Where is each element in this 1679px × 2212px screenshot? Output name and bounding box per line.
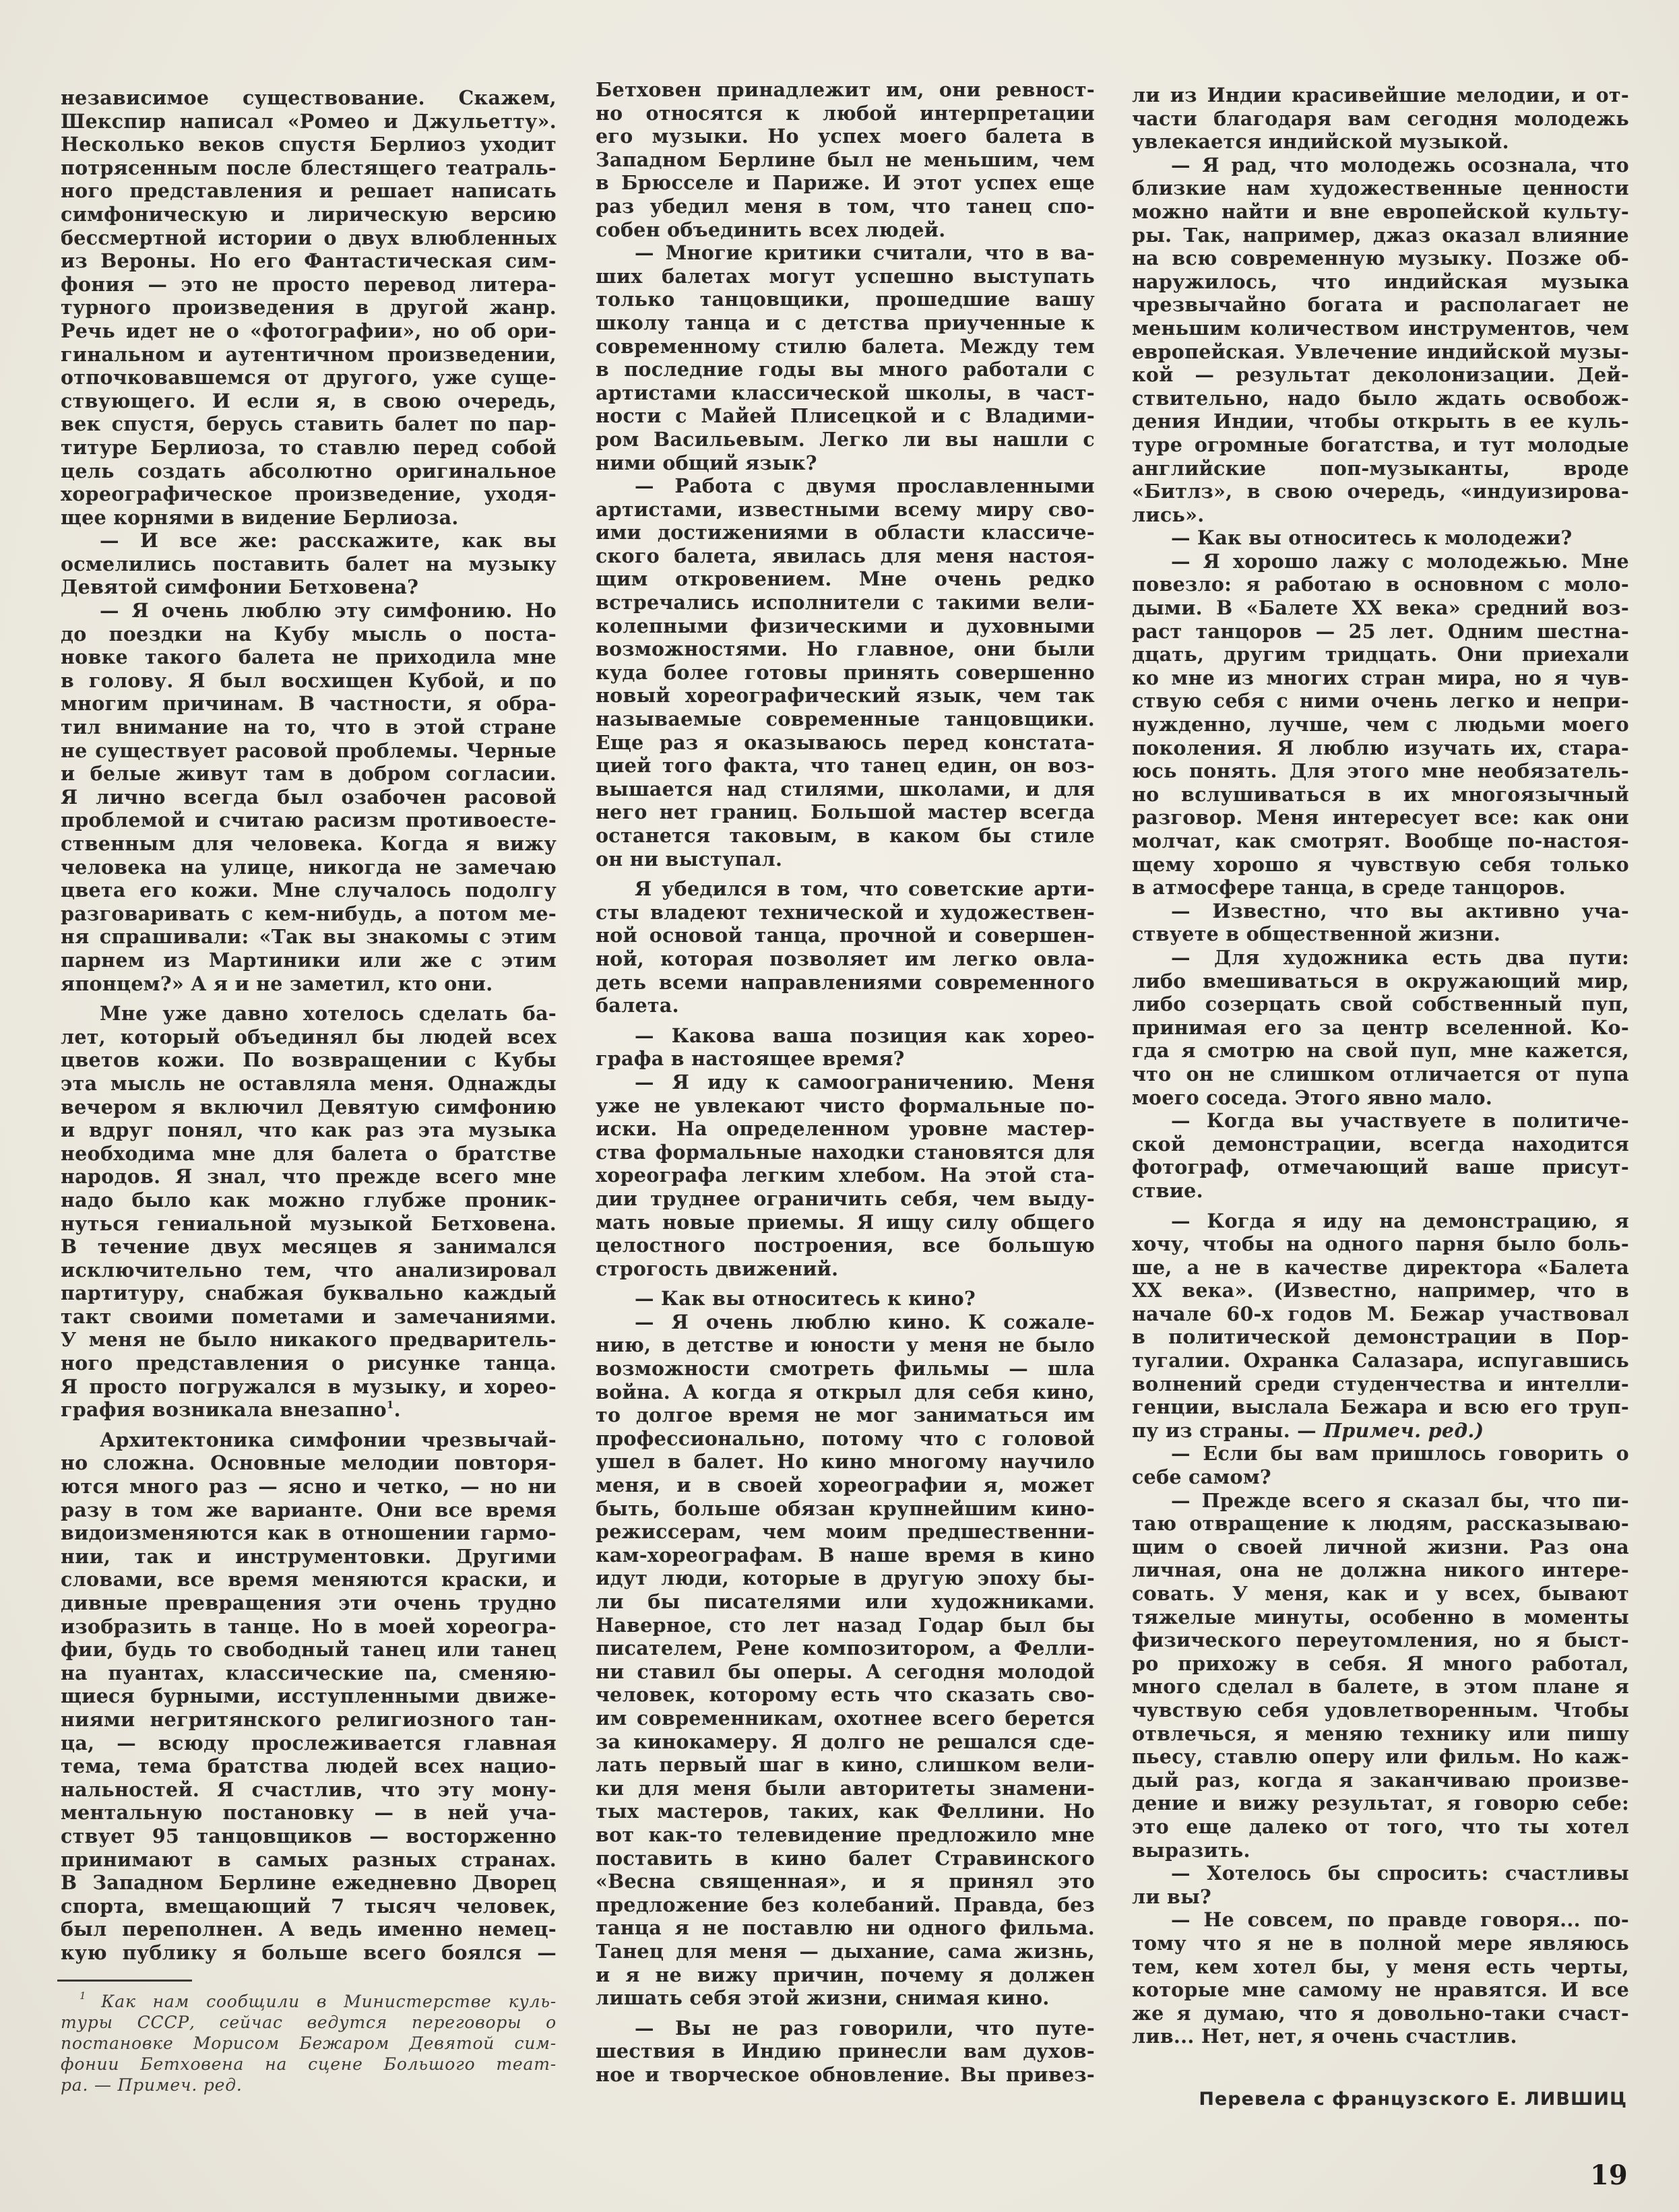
text-line-content: Несколько веков спустя Берлиоз уходит bbox=[61, 133, 557, 156]
text-line: «Битлз», в свою очередь, «индуизирова- bbox=[1132, 480, 1629, 503]
text-line: щему хорошо я чувствую себя только bbox=[1132, 853, 1629, 877]
text-line-content: ними общий язык? bbox=[596, 451, 817, 474]
text-line: изобразить в танце. Но в моей хореогра- bbox=[61, 1615, 557, 1639]
text-line-content: колепными физическими и духовными bbox=[596, 614, 1095, 637]
text-line: — Я очень люблю кино. К сожале- bbox=[596, 1310, 1095, 1334]
text-line: не существует расовой проблемы. Черные bbox=[61, 739, 557, 763]
text-line-content: поколения. Я люблю изучать их, стара- bbox=[1132, 736, 1629, 759]
text-line-content: народов. Я знал, что прежде всего мне bbox=[61, 1165, 557, 1188]
text-line-content: много сделал в балете, в этом плане я bbox=[1132, 1675, 1629, 1698]
text-line-content: эта мысль не оставляла меня. Однажды bbox=[61, 1072, 557, 1095]
text-line-content: собен объединить всех людей. bbox=[596, 218, 945, 241]
text-line: — Хотелось бы спросить: счастливы bbox=[1132, 1862, 1629, 1885]
text-line: ли вы? bbox=[1132, 1885, 1629, 1909]
text-line: чувствую себя удовлетворенным. Чтобы bbox=[1132, 1699, 1629, 1722]
text-line-content: себе самом? bbox=[1132, 1465, 1271, 1488]
text-line-content: ного представления и решает написать bbox=[61, 179, 557, 202]
text-line: это еще далеко от того, что ты хотел bbox=[1132, 1815, 1629, 1839]
text-line: танца я не поставлю ни одного фильма. bbox=[596, 1916, 1095, 1940]
text-line-content: не существует расовой проблемы. Черные bbox=[61, 739, 557, 762]
text-line: щим о своей личной жизни. Раз она bbox=[1132, 1536, 1629, 1559]
text-line: цель создать абсолютно оригинальное bbox=[61, 460, 557, 483]
text-line: вышается над стилями, школами, и для bbox=[596, 778, 1095, 801]
text-line: ской демонстрации, всегда находится bbox=[1132, 1133, 1629, 1156]
text-line: У меня не было никакого предваритель- bbox=[61, 1328, 557, 1352]
text-line: идут люди, которые в другую эпоху бы- bbox=[596, 1567, 1095, 1590]
text-line: Шекспир написал «Ромео и Джульетту». bbox=[61, 110, 557, 133]
text-line-content: многим причинам. В частности, я обра- bbox=[61, 692, 557, 715]
text-line: встречались исполнители с такими вели- bbox=[596, 591, 1095, 614]
text-line: которые мне самому не нравятся. И все bbox=[1132, 1978, 1629, 2002]
text-line-content: уже не увлекают чисто формальные по- bbox=[596, 1094, 1095, 1117]
text-line-content: изобразить в танце. Но в моей хореогра- bbox=[61, 1615, 557, 1638]
text-line-content: пу из страны. — bbox=[1132, 1419, 1323, 1442]
text-line: ца, — всюду прослеживается главная bbox=[61, 1732, 557, 1755]
text-line-content: деть всеми направлениями современного bbox=[596, 971, 1095, 994]
text-line: раз убедил меня в том, что танец спо- bbox=[596, 195, 1095, 218]
text-line: новый хореографический язык, чем так bbox=[596, 684, 1095, 707]
footnote-line: туры СССР, сейчас ведутся переговоры о bbox=[61, 2012, 557, 2033]
text-line-content: дыми. В «Балете XX века» средний воз- bbox=[1132, 596, 1629, 619]
text-line-content: щим откровением. Мне очень редко bbox=[596, 567, 1095, 590]
text-line-content: генции, выслала Бежара и всю его труп- bbox=[1132, 1395, 1629, 1418]
text-line: лишать себя этой жизни, снимая кино. bbox=[596, 1986, 1095, 2010]
text-line-content: — Я рад, что молодежь осознала, что bbox=[1171, 154, 1629, 177]
text-line-content: В течение двух месяцев я занимался bbox=[61, 1235, 557, 1258]
text-line-content: на всю современную музыку. Позже об- bbox=[1132, 247, 1629, 270]
text-line: пу из страны. — Примеч. ред.) bbox=[1132, 1419, 1629, 1443]
text-line: ствует 95 танцовщиков — восторженно bbox=[61, 1825, 557, 1848]
text-line-content: — Прежде всего я сказал бы, что пи- bbox=[1171, 1489, 1629, 1512]
text-line-content: пьесу, ставлю оперу или фильм. Но каж- bbox=[1132, 1745, 1629, 1768]
text-line: спорта, вмещающий 7 тысяч человек, bbox=[61, 1895, 557, 1918]
text-line: тому что я не в полной мере являюсь bbox=[1132, 1932, 1629, 1955]
text-line-content: идут люди, которые в другую эпоху бы- bbox=[596, 1567, 1095, 1589]
text-line: гда я смотрю на свой пуп, мне кажется, bbox=[1132, 1039, 1629, 1063]
footnote-line: постановке Морисом Бежаром Девятой сим- bbox=[61, 2033, 557, 2054]
text-line-content: вышается над стилями, школами, и для bbox=[596, 778, 1095, 800]
text-line-content: до поездки на Кубу мысль о поста- bbox=[61, 623, 557, 645]
text-line-content: ствую себя с ними очень легко и непри- bbox=[1132, 689, 1629, 712]
text-line-content: дение и вижу результат, я говорю себе: bbox=[1132, 1792, 1629, 1814]
text-line: дение и вижу результат, я говорю себе: bbox=[1132, 1792, 1629, 1815]
text-line: — И все же: расскажите, как вы bbox=[61, 529, 557, 552]
text-line-content: ской демонстрации, всегда находится bbox=[1132, 1133, 1629, 1156]
text-line-content: тых мастеров, таких, как Феллини. Но bbox=[596, 1800, 1095, 1823]
text-line: целостного построения, все большую bbox=[596, 1234, 1095, 1257]
text-line-content: ца, — всюду прослеживается главная bbox=[61, 1732, 557, 1755]
text-line-content: ского балета, явилась для меня настоя- bbox=[596, 544, 1095, 567]
text-line: дения Индии, чтобы открыть в ее куль- bbox=[1132, 410, 1629, 433]
text-line-content: него нет границ. Большой мастер всегда bbox=[596, 800, 1095, 823]
text-line: ственным для человека. Когда я вижу bbox=[61, 832, 557, 856]
text-line: — Какова ваша позиция как хорео- bbox=[596, 1024, 1095, 1048]
text-line-content: в голову. Я был восхищен Кубой, и по bbox=[61, 669, 557, 692]
text-line: — Я очень люблю эту симфонию. Но bbox=[61, 599, 557, 623]
text-line-content: — Я очень люблю эту симфонию. Но bbox=[100, 599, 557, 622]
text-line: симфоническую и лирическую версию bbox=[61, 203, 557, 226]
text-line-content: чрезвычайно богата и располагает не bbox=[1132, 293, 1629, 316]
text-line: цвета его кожи. Мне случалось подолгу bbox=[61, 879, 557, 902]
text-line-content: ствуете в общественной жизни. bbox=[1132, 922, 1500, 945]
text-line: куда более готовы принять совершенно bbox=[596, 661, 1095, 685]
text-line: В течение двух месяцев я занимался bbox=[61, 1235, 557, 1259]
text-line-content: встречались исполнители с такими вели- bbox=[596, 591, 1095, 614]
text-line: на всю современную музыку. Позже об- bbox=[1132, 247, 1629, 270]
text-line: за кинокамеру. Я долго не решался сде- bbox=[596, 1730, 1095, 1754]
text-line: школу танца и с детства приученные к bbox=[596, 311, 1095, 335]
text-line-content: Западном Берлине был не меньшим, чем bbox=[596, 148, 1095, 171]
text-line: кой — результат деколонизации. Дей- bbox=[1132, 363, 1629, 387]
text-line: в Брюсселе и Париже. И этот успех еще bbox=[596, 171, 1095, 195]
text-line-content: в политической демонстрации в Пор- bbox=[1132, 1325, 1629, 1348]
text-line-content: писателем, Рене композитором, а Фелли- bbox=[596, 1637, 1095, 1660]
text-line-content: ко мне из многих стран мира, но я чув- bbox=[1132, 666, 1629, 689]
text-line: надо было как можно глубже проник- bbox=[61, 1189, 557, 1212]
text-line-content: исключительно тем, что анализировал bbox=[61, 1259, 557, 1282]
footnote-line: 1 Как нам сообщили в Министерстве куль- bbox=[61, 1991, 557, 2012]
text-line: генции, выслала Бежара и всю его труп- bbox=[1132, 1395, 1629, 1419]
text-line: — Известно, что вы активно уча- bbox=[1132, 899, 1629, 923]
text-line: профессионально, потому что с головой bbox=[596, 1427, 1095, 1451]
text-line: колепными физическими и духовными bbox=[596, 614, 1095, 638]
text-line-content: и я не вижу причин, почему я должен bbox=[596, 1963, 1095, 1986]
text-line-content: ли из Индии красивейшие мелодии, и от- bbox=[1132, 84, 1629, 106]
text-line: поставить в кино балет Стравинского bbox=[596, 1847, 1095, 1870]
text-line-content: Танец для меня — дыхание, сама жизнь, bbox=[596, 1940, 1095, 1963]
text-line: можно найти и вне европейской культу- bbox=[1132, 200, 1629, 224]
text-line-content: школу танца и с детства приученные к bbox=[596, 311, 1095, 334]
text-line: Я убедился в том, что советские арти- bbox=[596, 877, 1095, 901]
text-line: ства формальные находки становятся для bbox=[596, 1141, 1095, 1164]
text-line: но сложна. Основные мелодии повторя- bbox=[61, 1451, 557, 1475]
text-line: исключительно тем, что анализировал bbox=[61, 1259, 557, 1282]
text-column-3: ли из Индии красивейшие мелодии, и от-ча… bbox=[1132, 84, 1629, 2048]
text-line-content: нию, в детстве и юности у меня не было bbox=[596, 1333, 1095, 1356]
text-line-content: поставить в кино балет Стравинского bbox=[596, 1847, 1095, 1870]
text-line-content: — Известно, что вы активно уча- bbox=[1171, 899, 1629, 922]
text-line: останется таковым, в каком бы стиле bbox=[596, 824, 1095, 848]
text-line-content: меня, и в своей хореографии я, может bbox=[596, 1474, 1095, 1496]
text-line-content: волнений среди студенчества и интелли- bbox=[1132, 1372, 1629, 1395]
text-line-content: ром Васильевым. Легко ли вы нашли с bbox=[596, 428, 1095, 451]
text-line-content: вечером я включил Девятую симфонию bbox=[61, 1096, 557, 1118]
text-line-content: ушел в балет. Но кино многому научило bbox=[596, 1450, 1095, 1473]
text-line-content: артистами, известными всему миру сво- bbox=[596, 498, 1095, 521]
text-line: молчат, как смотрят. Вообще по-настоя- bbox=[1132, 829, 1629, 853]
text-line-content: Архитектоника симфонии чрезвычай- bbox=[100, 1428, 557, 1451]
text-line: нужденно, лучше, чем с людьми моего bbox=[1132, 713, 1629, 736]
text-line-content: — Вы не раз говорили, что путе- bbox=[635, 2017, 1095, 2040]
text-line-content: совать. У меня, как и у всех, бывают bbox=[1132, 1582, 1629, 1605]
text-line-content: партитуру, снабжая буквально каждый bbox=[61, 1282, 557, 1304]
text-line-content: хочу, чтобы на одного парня было боль- bbox=[1132, 1232, 1629, 1255]
text-line-content: вот как-то телевидение предложило мне bbox=[596, 1823, 1095, 1846]
text-line: многим причинам. В частности, я обра- bbox=[61, 692, 557, 716]
footnote-line: ра. — Примеч. ред. bbox=[61, 2075, 557, 2095]
text-line: ими достижениями в области классиче- bbox=[596, 521, 1095, 544]
text-line-content: тяжелые минуты, особенно в моменты bbox=[1132, 1606, 1629, 1629]
text-line-content: разговаривать с кем-нибудь, а потом ме- bbox=[61, 902, 557, 925]
text-line: сты владеют технической и художествен- bbox=[596, 901, 1095, 924]
text-line: предложение без колебаний. Правда, без bbox=[596, 1893, 1095, 1917]
text-line: иски. На определенном уровне мастер- bbox=[596, 1117, 1095, 1141]
text-line-content: век спустя, берусь ставить балет по пар- bbox=[61, 412, 557, 435]
text-line-content: Речь идет не о «фотографии», но об ори- bbox=[61, 319, 557, 342]
text-line: фии, будь то свободный танец или танец bbox=[61, 1638, 557, 1662]
text-line-content: В Западном Берлине ежедневно Дворец bbox=[61, 1871, 557, 1894]
text-line: называемые современные танцовщики. bbox=[596, 707, 1095, 731]
footnote-text: Как нам сообщили в Министерстве куль- bbox=[101, 1992, 557, 2011]
text-line-content: тому что я не в полной мере являюсь bbox=[1132, 1932, 1629, 1955]
text-line: война. А когда я открыл для себя кино, bbox=[596, 1381, 1095, 1404]
text-line-content: ствует 95 танцовщиков — восторженно bbox=[61, 1825, 557, 1847]
text-line: ки для меня были авторитеты знамени- bbox=[596, 1777, 1095, 1800]
text-line-content: человека на улице, никогда не замечаю bbox=[61, 856, 557, 879]
text-line-content: ментальную постановку — в ней уча- bbox=[61, 1801, 557, 1824]
text-line-content: лет, который объединял бы людей всех bbox=[61, 1025, 557, 1048]
text-line: наружилось, что индийская музыка bbox=[1132, 270, 1629, 294]
footnote-text: туры СССР, сейчас ведутся переговоры о bbox=[61, 2013, 557, 2032]
text-line: но относятся к любой интерпретации bbox=[596, 102, 1095, 125]
text-line-content: нальностей. Я счастлив, что эту мону- bbox=[61, 1778, 557, 1801]
text-line: тил внимание на то, что в этой стране bbox=[61, 716, 557, 739]
text-line-content: хореографическое произведение, уходя- bbox=[61, 482, 557, 505]
text-line: — Работа с двумя прославленными bbox=[596, 474, 1095, 498]
text-line-content: туре огромные богатства, и тут молодые bbox=[1132, 433, 1629, 456]
text-line: тема, тема братства людей всех нацио- bbox=[61, 1755, 557, 1778]
text-line-content: — Я хорошо лажу с молодежью. Мне bbox=[1171, 550, 1629, 573]
text-line-content: тема, тема братства людей всех нацио- bbox=[61, 1755, 557, 1777]
text-line-content: сты владеют технической и художествен- bbox=[596, 901, 1095, 924]
text-line-content: разговор. Меня интересует все: как они bbox=[1132, 806, 1629, 829]
text-line: кам-хореографам. В наше время в кино bbox=[596, 1544, 1095, 1567]
magazine-page: независимое существование. Скажем,Шекспи… bbox=[0, 0, 1679, 2212]
text-line: совать. У меня, как и у всех, бывают bbox=[1132, 1582, 1629, 1606]
text-line-content: ются много раз — ясно и четко, — но ни bbox=[61, 1475, 557, 1498]
text-line-content: раз убедил меня в том, что танец спо- bbox=[596, 195, 1095, 218]
text-line-content: гинальном и аутентичном произведении, bbox=[61, 343, 557, 366]
text-line-content: ими достижениями в области классиче- bbox=[596, 521, 1095, 544]
text-line-content: видоизменяются как в отношении гармо- bbox=[61, 1521, 557, 1544]
text-line-content: нии, так и инструментовки. Другими bbox=[61, 1545, 557, 1568]
text-column-1: независимое существование. Скажем,Шекспи… bbox=[61, 86, 557, 1965]
text-line: В Западном Берлине ежедневно Дворец bbox=[61, 1871, 557, 1895]
text-line: близкие нам художественные ценности bbox=[1132, 177, 1629, 200]
text-line-content: «Битлз», в свою очередь, «индуизирова- bbox=[1132, 480, 1629, 503]
text-line-content: ствительно, надо было ждать освобож- bbox=[1132, 387, 1629, 410]
text-line-content: куда более готовы принять совершенно bbox=[596, 661, 1095, 684]
text-line-content: но вслушиваться в их многоязычный bbox=[1132, 783, 1629, 806]
text-line: фотограф, отмечающий ваше присут- bbox=[1132, 1156, 1629, 1179]
text-line-content: которые мне самому не нравятся. И все bbox=[1132, 1978, 1629, 2001]
text-line-content: артистами классической школы, в част- bbox=[596, 381, 1095, 404]
text-line: — Я иду к самоограничению. Меня bbox=[596, 1071, 1095, 1094]
text-line-content: ро прихожу в себя. Я много работал, bbox=[1132, 1652, 1629, 1675]
text-line-content: потрясенным после блестящего театраль- bbox=[61, 156, 557, 179]
text-line-content: европейская. Увлечение индийской музы- bbox=[1132, 340, 1629, 363]
text-line-content: можно найти и вне европейской культу- bbox=[1132, 200, 1629, 223]
text-line: лет, который объединял бы людей всех bbox=[61, 1025, 557, 1049]
text-line-content: что он не слишком отличается от пупа bbox=[1132, 1063, 1629, 1085]
editor-note: Примеч. ред.) bbox=[1323, 1419, 1484, 1442]
text-line: Девятой симфонии Бетховена? bbox=[61, 575, 557, 599]
text-line: XX века». (Известно, например, что в bbox=[1132, 1279, 1629, 1302]
text-line-content: тугалии. Охранка Салазара, испугавшись bbox=[1132, 1349, 1629, 1372]
text-line: цветов кожи. По возвращении с Кубы bbox=[61, 1048, 557, 1072]
text-line-content: мать новые приемы. Я ищу силу общего bbox=[596, 1211, 1095, 1234]
text-line-content: цией того факта, что танец един, он воз- bbox=[596, 754, 1095, 777]
text-line-content: — Работа с двумя прославленными bbox=[635, 474, 1095, 497]
text-line-content: ства формальные находки становятся для bbox=[596, 1141, 1095, 1164]
text-line-content: У меня не было никакого предваритель- bbox=[61, 1328, 557, 1351]
text-line: строгость движений. bbox=[596, 1257, 1095, 1281]
text-line: ное и творческое обновление. Вы привез- bbox=[596, 2063, 1095, 2087]
text-line: в атмосфере танца, в среде танцоров. bbox=[1132, 876, 1629, 899]
text-line-content: ры. Так, например, джаз оказал влияние bbox=[1132, 224, 1629, 247]
text-line: партитуру, снабжая буквально каждый bbox=[61, 1282, 557, 1305]
text-line: артистами классической школы, в част- bbox=[596, 381, 1095, 405]
text-line: таю отвращение к людям, рассказываю- bbox=[1132, 1512, 1629, 1536]
text-line-content: тил внимание на то, что в этой стране bbox=[61, 716, 557, 738]
text-line-content: — Какова ваша позиция как хорео- bbox=[635, 1024, 1095, 1047]
text-line: — Если бы вам пришлось говорить о bbox=[1132, 1442, 1629, 1465]
text-line: щее корнями в видение Берлиоза. bbox=[61, 506, 557, 530]
text-line: человек, которому есть что сказать сво- bbox=[596, 1683, 1095, 1707]
text-line-content: XX века». (Известно, например, что в bbox=[1132, 1279, 1629, 1302]
text-line: либо вмешиваться в окружающий мир, bbox=[1132, 970, 1629, 993]
text-line: тых мастеров, таких, как Феллини. Но bbox=[596, 1800, 1095, 1823]
text-line: дивные превращения эти очень трудно bbox=[61, 1591, 557, 1615]
text-line: и белые живут там в добром согласии. bbox=[61, 762, 557, 786]
footnote-text: постановке Морисом Бежаром Девятой сим- bbox=[61, 2033, 557, 2053]
text-line: лив... Нет, нет, я очень счастлив. bbox=[1132, 2025, 1629, 2048]
text-line-content: в последние годы вы много работали с bbox=[596, 358, 1095, 381]
text-line-content: иски. На определенном уровне мастер- bbox=[596, 1117, 1095, 1140]
text-line-content: новый хореографический язык, чем так bbox=[596, 684, 1095, 707]
text-line: него нет границ. Большой мастер всегда bbox=[596, 800, 1095, 824]
text-line: дыми. В «Балете XX века» средний воз- bbox=[1132, 596, 1629, 620]
text-line-content: таю отвращение к людям, рассказываю- bbox=[1132, 1512, 1629, 1535]
text-line: ром Васильевым. Легко ли вы нашли с bbox=[596, 428, 1095, 451]
text-line: Я просто погружался в музыку, и хорео- bbox=[61, 1375, 557, 1399]
text-line: ше, а не в качестве директора «Балета bbox=[1132, 1256, 1629, 1279]
text-line-content: ли вы? bbox=[1132, 1885, 1211, 1908]
text-line-content: фии, будь то свободный танец или танец bbox=[61, 1638, 557, 1661]
text-line: только танцовщики, прошедшие вашу bbox=[596, 288, 1095, 311]
text-line: — Вы не раз говорили, что путе- bbox=[596, 2017, 1095, 2040]
text-line: такт своими пометами и замечаниями. bbox=[61, 1305, 557, 1329]
text-line: английские поп-музыканты, вроде bbox=[1132, 457, 1629, 480]
text-line-content: — Когда я иду на демонстрацию, я bbox=[1171, 1209, 1629, 1232]
text-line-content: близкие нам художественные ценности bbox=[1132, 177, 1629, 199]
text-line-content: новке такого балета не приходила мне bbox=[61, 645, 557, 668]
text-line-content: ной, которая позволяет им легко овла- bbox=[596, 947, 1095, 970]
text-line: современному стилю балета. Между тем bbox=[596, 335, 1095, 358]
text-line: щиеся бурными, исступленными движе- bbox=[61, 1684, 557, 1708]
text-line: ли бы писателями или художниками. bbox=[596, 1590, 1095, 1614]
text-line: тем, кем хотел бы, у меня есть черты, bbox=[1132, 1955, 1629, 1979]
text-line-content: — И все же: расскажите, как вы bbox=[100, 529, 557, 552]
text-line: нальностей. Я счастлив, что эту мону- bbox=[61, 1778, 557, 1802]
text-line: необходима мне для балета о братстве bbox=[61, 1142, 557, 1166]
text-line-content: но сложна. Основные мелодии повторя- bbox=[61, 1451, 557, 1474]
text-line-content: такт своими пометами и замечаниями. bbox=[61, 1305, 557, 1328]
text-line-content: современному стилю балета. Между тем bbox=[596, 335, 1095, 358]
text-line-content: ни ставил бы оперы. А сегодня молодой bbox=[596, 1660, 1095, 1683]
text-line-tail: . bbox=[394, 1398, 401, 1421]
text-line-content: профессионально, потому что с головой bbox=[596, 1427, 1095, 1450]
text-line: Западном Берлине был не меньшим, чем bbox=[596, 148, 1095, 172]
text-line: нии, так и инструментовки. Другими bbox=[61, 1545, 557, 1569]
text-line: хореографа легким хлебом. На этой ста- bbox=[596, 1164, 1095, 1187]
text-line-content: кой — результат деколонизации. Дей- bbox=[1132, 363, 1629, 386]
text-line-content: в атмосфере танца, в среде танцоров. bbox=[1132, 876, 1566, 899]
text-line: тугалии. Охранка Салазара, испугавшись bbox=[1132, 1349, 1629, 1372]
text-line: разговаривать с кем-нибудь, а потом ме- bbox=[61, 902, 557, 926]
text-line: меньшим количеством инструментов, чем bbox=[1132, 317, 1629, 340]
text-line-content: был переполнен. А ведь именно немец- bbox=[61, 1918, 557, 1940]
text-line: титуре Берлиоза, то ставлю перед собой bbox=[61, 436, 557, 460]
text-line-content: моего соседа. Этого явно мало. bbox=[1132, 1086, 1492, 1109]
text-line-content: необходима мне для балета о братстве bbox=[61, 1142, 557, 1165]
text-line: ствуете в общественной жизни. bbox=[1132, 922, 1629, 946]
text-line: ушел в балет. Но кино многому научило bbox=[596, 1450, 1095, 1474]
text-line-content: ня спрашивали: «Так вы знакомы с этим bbox=[61, 925, 557, 948]
footnote-text: ра. — Примеч. ред. bbox=[61, 2075, 243, 2095]
text-line-content: бессмертной истории о двух влюбленных bbox=[61, 226, 557, 249]
text-line-content: юсь понять. Для этого мне необязатель- bbox=[1132, 759, 1629, 782]
footnote-line: фонии Бетховена на сцене Большого теат- bbox=[61, 2054, 557, 2075]
text-line: нуться гениальной музыкой Бетховена. bbox=[61, 1212, 557, 1236]
text-line-content: гда я смотрю на свой пуп, мне кажется, bbox=[1132, 1039, 1629, 1062]
text-line-content: либо созерцать свой собственный пуп, bbox=[1132, 992, 1629, 1015]
text-line-content: лать первый шаг в кино, слишком вели- bbox=[596, 1753, 1095, 1776]
text-line: Несколько веков спустя Берлиоз уходит bbox=[61, 133, 557, 156]
text-line-content: физического переутомления, но я быст- bbox=[1132, 1629, 1629, 1651]
text-line: ского балета, явилась для меня настоя- bbox=[596, 544, 1095, 568]
text-line: писателем, Рене композитором, а Фелли- bbox=[596, 1637, 1095, 1660]
text-line: видоизменяются как в отношении гармо- bbox=[61, 1521, 557, 1545]
text-line: хореографическое произведение, уходя- bbox=[61, 482, 557, 506]
text-line: физического переутомления, но я быст- bbox=[1132, 1629, 1629, 1652]
text-line: японцем?» А я и не заметил, кто они. bbox=[61, 972, 557, 996]
text-line-content: кую публику я больше всего боялся — bbox=[61, 1941, 557, 1964]
text-line-content: режиссерам, чем моим предшественни- bbox=[596, 1520, 1095, 1543]
text-line-content: ки для меня были авторитеты знамени- bbox=[596, 1777, 1095, 1800]
text-line-content: симфоническую и лирическую версию bbox=[61, 203, 557, 226]
text-line: — Для художника есть два пути: bbox=[1132, 946, 1629, 970]
text-line-content: фония — это не просто перевод литера- bbox=[61, 273, 557, 296]
text-line-content: ших балетах могут успешно выступать bbox=[596, 265, 1095, 288]
text-line-content: хореографа легким хлебом. На этой ста- bbox=[596, 1164, 1095, 1187]
text-line: разговор. Меня интересует все: как они bbox=[1132, 806, 1629, 829]
text-line-content: «Весна священная», и я принял это bbox=[596, 1870, 1095, 1893]
text-line-content: лишать себя этой жизни, снимая кино. bbox=[596, 1986, 1050, 2009]
text-line: пьесу, ставлю оперу или фильм. Но каж- bbox=[1132, 1745, 1629, 1769]
text-line: его музыки. Но успех моего балета в bbox=[596, 125, 1095, 148]
text-line: ного представления и решает написать bbox=[61, 179, 557, 203]
text-line-content: принимая его за центр вселенной. Ко- bbox=[1132, 1016, 1629, 1039]
text-line-content: ственным для человека. Когда я вижу bbox=[61, 832, 557, 855]
text-line-content: дии труднее ограничить себя, чем выду- bbox=[596, 1187, 1095, 1210]
text-line: отпочковавшемся от другого, уже суще- bbox=[61, 366, 557, 389]
text-line: из Вероны. Но его Фантастическая сим- bbox=[61, 249, 557, 273]
text-line: графа в настоящее время? bbox=[596, 1047, 1095, 1071]
text-line-content: — Я иду к самоограничению. Меня bbox=[635, 1071, 1095, 1094]
text-line-content: кам-хореографам. В наше время в кино bbox=[596, 1544, 1095, 1567]
text-line: Наверное, сто лет назад Годар был бы bbox=[596, 1614, 1095, 1637]
